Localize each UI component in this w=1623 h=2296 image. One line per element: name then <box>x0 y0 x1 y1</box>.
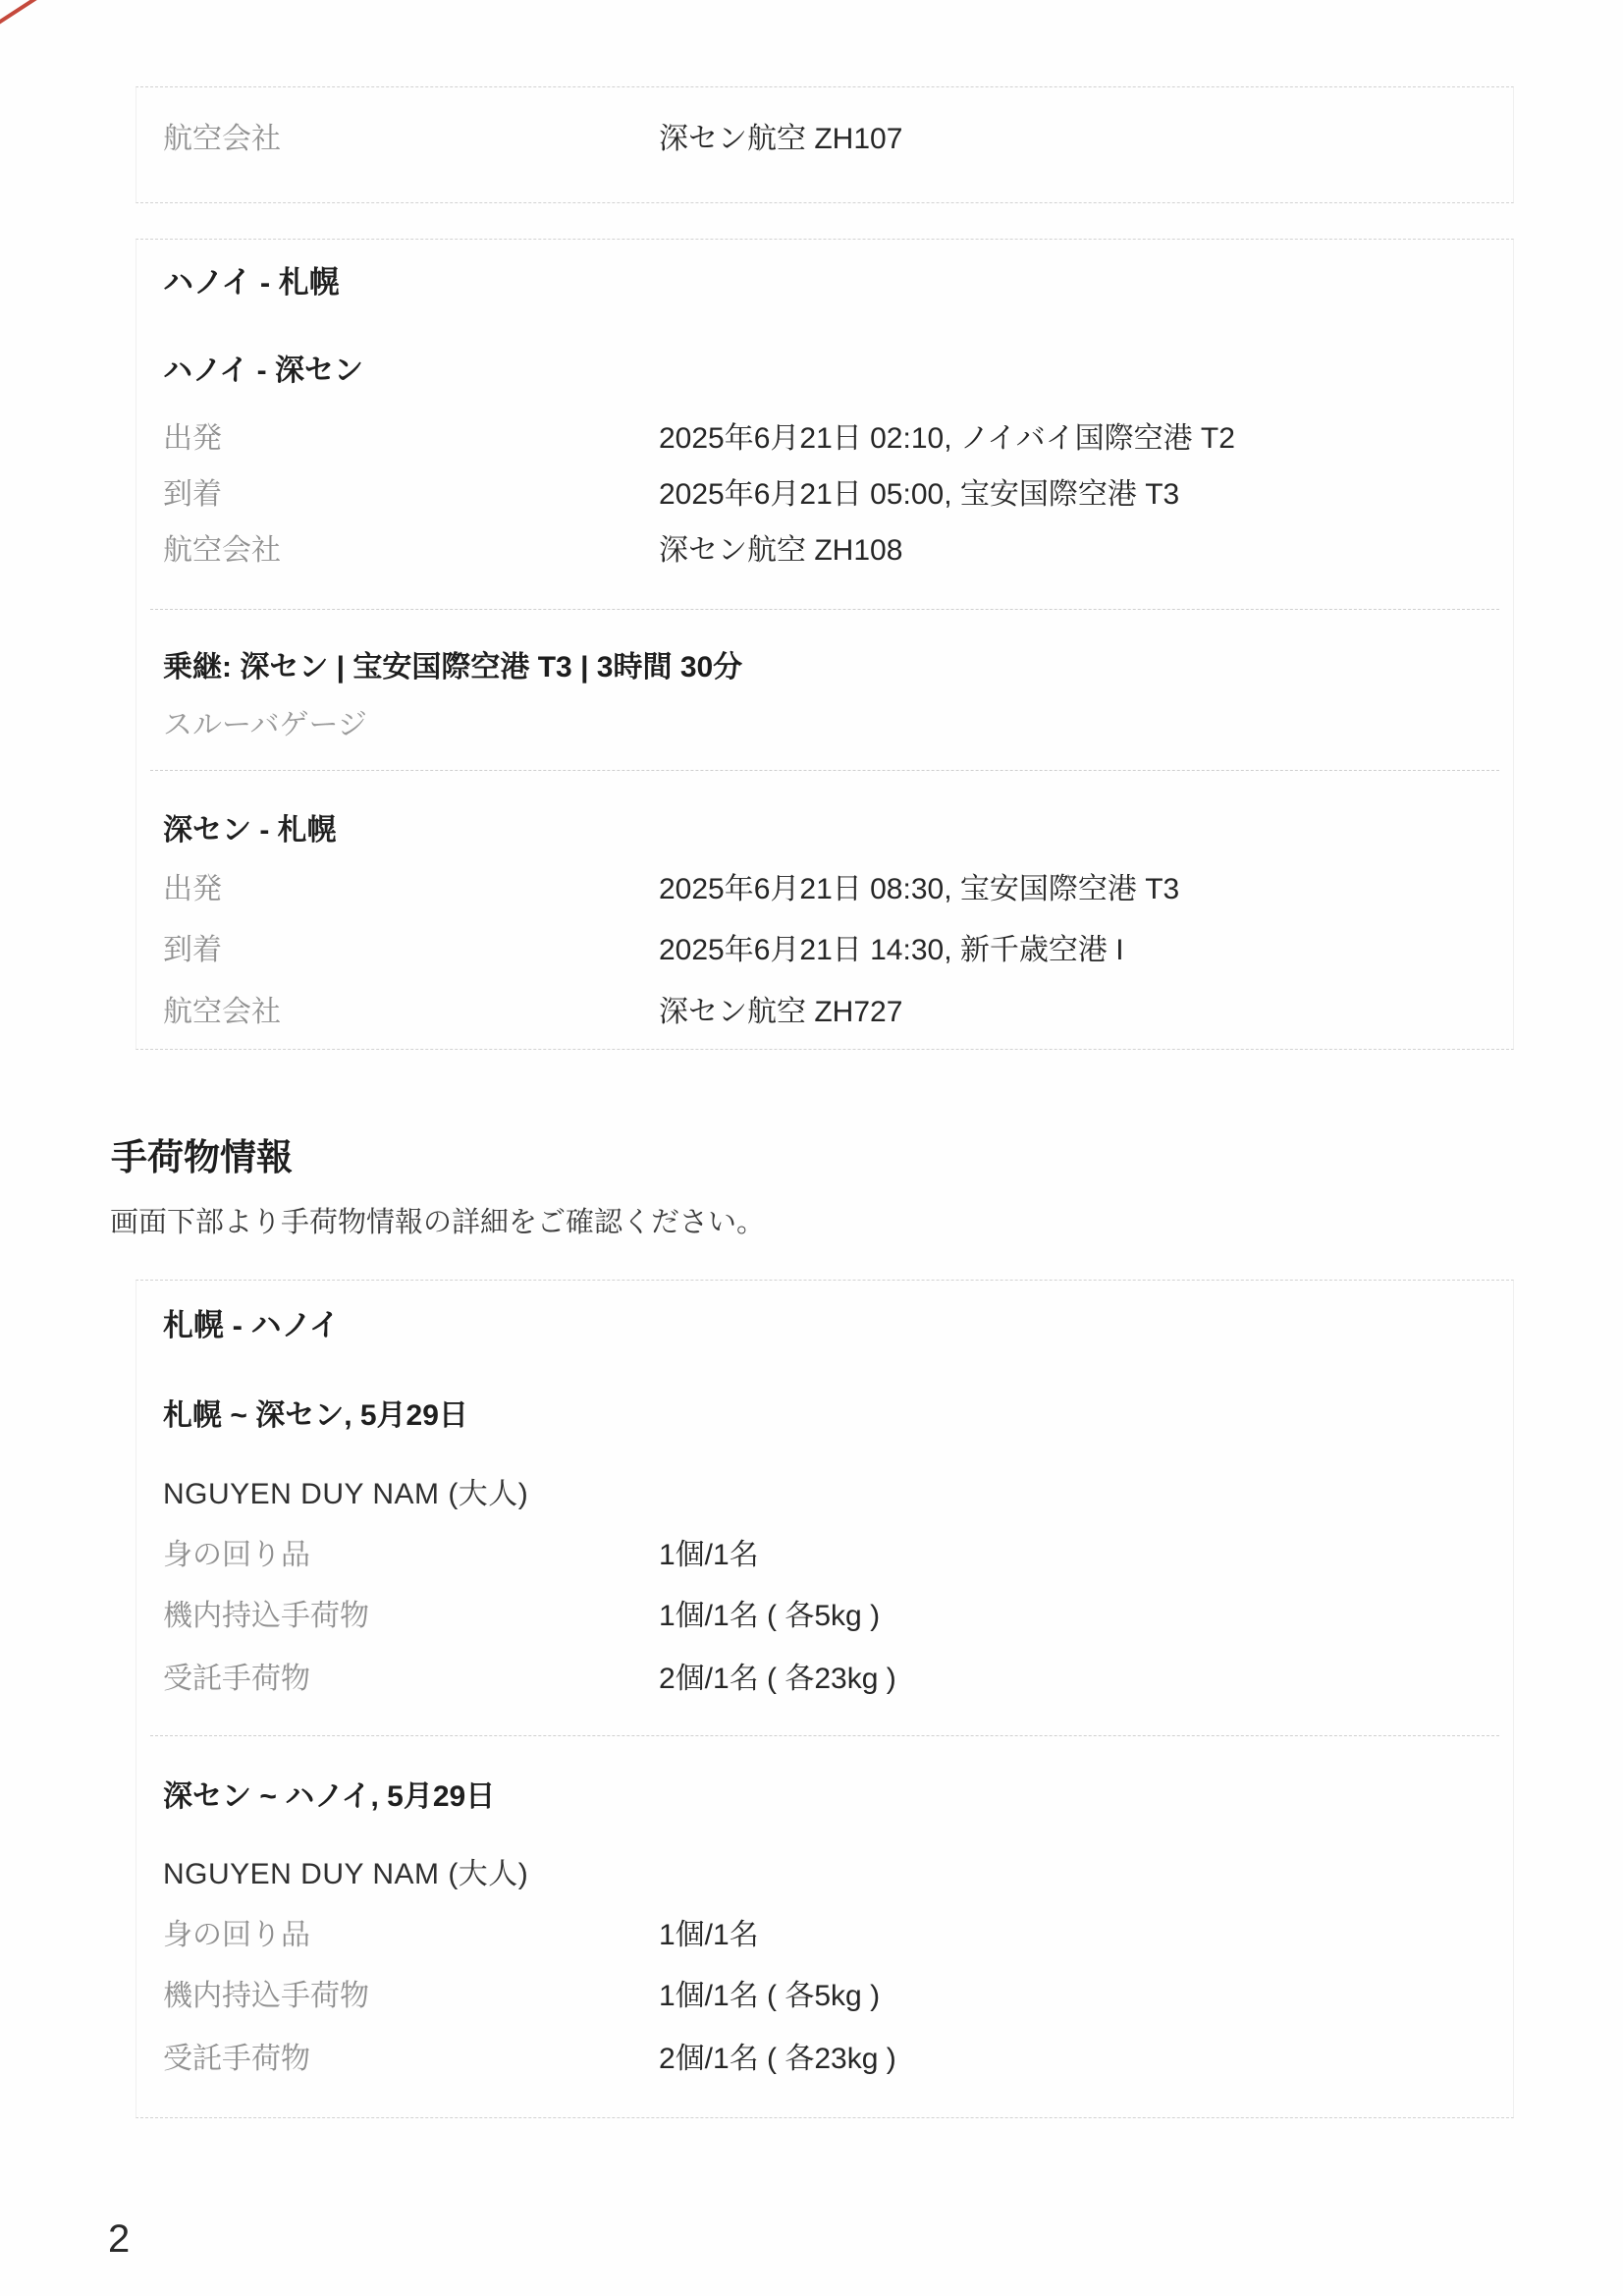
baggage-route-title: 札幌 - ハノイ <box>163 1308 340 1343</box>
baggage-row-checked: 受託手荷物 2個/1名 ( 各23kg ) <box>163 2043 1495 2076</box>
baggage-row-carry-on: 機内持込手荷物 1個/1名 ( 各5kg ) <box>163 1600 1495 1633</box>
detail-row-arrival: 到着 2025年6月21日 05:00, 宝安国際空港 T3 <box>163 478 1495 512</box>
baggage-row-carry-on: 機内持込手荷物 1個/1名 ( 各5kg ) <box>163 1980 1495 2013</box>
row-label: 出発 <box>163 873 222 905</box>
baggage-row-checked: 受託手荷物 2個/1名 ( 各23kg ) <box>163 1663 1495 1696</box>
baggage-segment2-title: 深セン ~ ハノイ, 5月29日 <box>163 1779 495 1814</box>
row-value: 2025年6月21日 02:10, ノイバイ国際空港 T2 <box>659 422 1235 456</box>
baggage-row-personal-item: 身の回り品 1個/1名 <box>163 1919 1495 1952</box>
row-value: 深セン航空 ZH108 <box>659 534 902 568</box>
row-label: 身の回り品 <box>163 1919 310 1951</box>
row-label: 身の回り品 <box>163 1539 310 1571</box>
detail-row-airline: 航空会社 深セン航空 ZH727 <box>163 996 1495 1029</box>
row-label: 到着 <box>163 934 222 966</box>
passenger-name: NGUYEN DUY NAM (大人) <box>163 1857 528 1891</box>
row-value: 1個/1名 ( 各5kg ) <box>659 1980 880 2013</box>
row-label: 受託手荷物 <box>163 2043 310 2075</box>
divider <box>150 1735 1499 1736</box>
segment1-title: ハノイ - 深セン <box>163 354 363 388</box>
route-title: ハノイ - 札幌 <box>163 265 340 301</box>
scanned-itinerary-page: 航空会社 深セン航空 ZH107 ハノイ - 札幌 ハノイ - 深セン 出発 2… <box>0 0 1623 2296</box>
row-label: 到着 <box>163 478 222 511</box>
row-value: 深セン航空 ZH727 <box>659 996 902 1029</box>
row-value: 2025年6月21日 05:00, 宝安国際空港 T3 <box>659 478 1179 512</box>
detail-row-departure: 出発 2025年6月21日 02:10, ノイバイ国際空港 T2 <box>163 422 1495 456</box>
segment2-title: 深セン - 札幌 <box>163 813 337 847</box>
baggage-segment1-title: 札幌 ~ 深セン, 5月29日 <box>163 1398 468 1433</box>
detail-row-airline: 航空会社 深セン航空 ZH107 <box>163 123 1495 156</box>
detail-row-airline: 航空会社 深セン航空 ZH108 <box>163 534 1495 568</box>
row-label: 受託手荷物 <box>163 1663 310 1695</box>
row-value: 2個/1名 ( 各23kg ) <box>659 2043 896 2076</box>
row-label: 機内持込手荷物 <box>163 1600 369 1632</box>
row-label: 航空会社 <box>163 123 281 155</box>
baggage-card: 札幌 - ハノイ 札幌 ~ 深セン, 5月29日 NGUYEN DUY NAM … <box>135 1280 1514 2118</box>
baggage-section-subtitle: 画面下部より手荷物情報の詳細をご確認ください。 <box>110 1206 765 1239</box>
layover-baggage-note: スルーバゲージ <box>163 708 367 742</box>
row-label: 航空会社 <box>163 996 281 1028</box>
row-label: 航空会社 <box>163 534 281 567</box>
row-label: 出発 <box>163 422 222 455</box>
row-value: 1個/1名 <box>659 1919 759 1952</box>
detail-row-departure: 出発 2025年6月21日 08:30, 宝安国際空港 T3 <box>163 873 1495 906</box>
passenger-name: NGUYEN DUY NAM (大人) <box>163 1477 528 1511</box>
airline-summary-card: 航空会社 深セン航空 ZH107 <box>135 86 1514 203</box>
row-value: 1個/1名 ( 各5kg ) <box>659 1600 880 1633</box>
detail-row-arrival: 到着 2025年6月21日 14:30, 新千歳空港 I <box>163 934 1495 967</box>
row-value: 2025年6月21日 14:30, 新千歳空港 I <box>659 934 1124 967</box>
row-value: 2個/1名 ( 各23kg ) <box>659 1663 896 1696</box>
row-value: 深セン航空 ZH107 <box>659 123 902 156</box>
baggage-row-personal-item: 身の回り品 1個/1名 <box>163 1539 1495 1572</box>
baggage-section-title: 手荷物情報 <box>111 1137 293 1178</box>
layover-info: 乗継: 深セン | 宝安国際空港 T3 | 3時間 30分 <box>163 650 742 684</box>
row-value: 1個/1名 <box>659 1539 759 1572</box>
divider <box>150 609 1499 610</box>
row-label: 機内持込手荷物 <box>163 1980 369 2012</box>
flight-itinerary-card: ハノイ - 札幌 ハノイ - 深セン 出発 2025年6月21日 02:10, … <box>135 239 1514 1050</box>
divider <box>150 770 1499 771</box>
row-value: 2025年6月21日 08:30, 宝安国際空港 T3 <box>659 873 1179 906</box>
page-number: 2 <box>108 2217 130 2262</box>
red-pen-mark <box>0 0 39 27</box>
